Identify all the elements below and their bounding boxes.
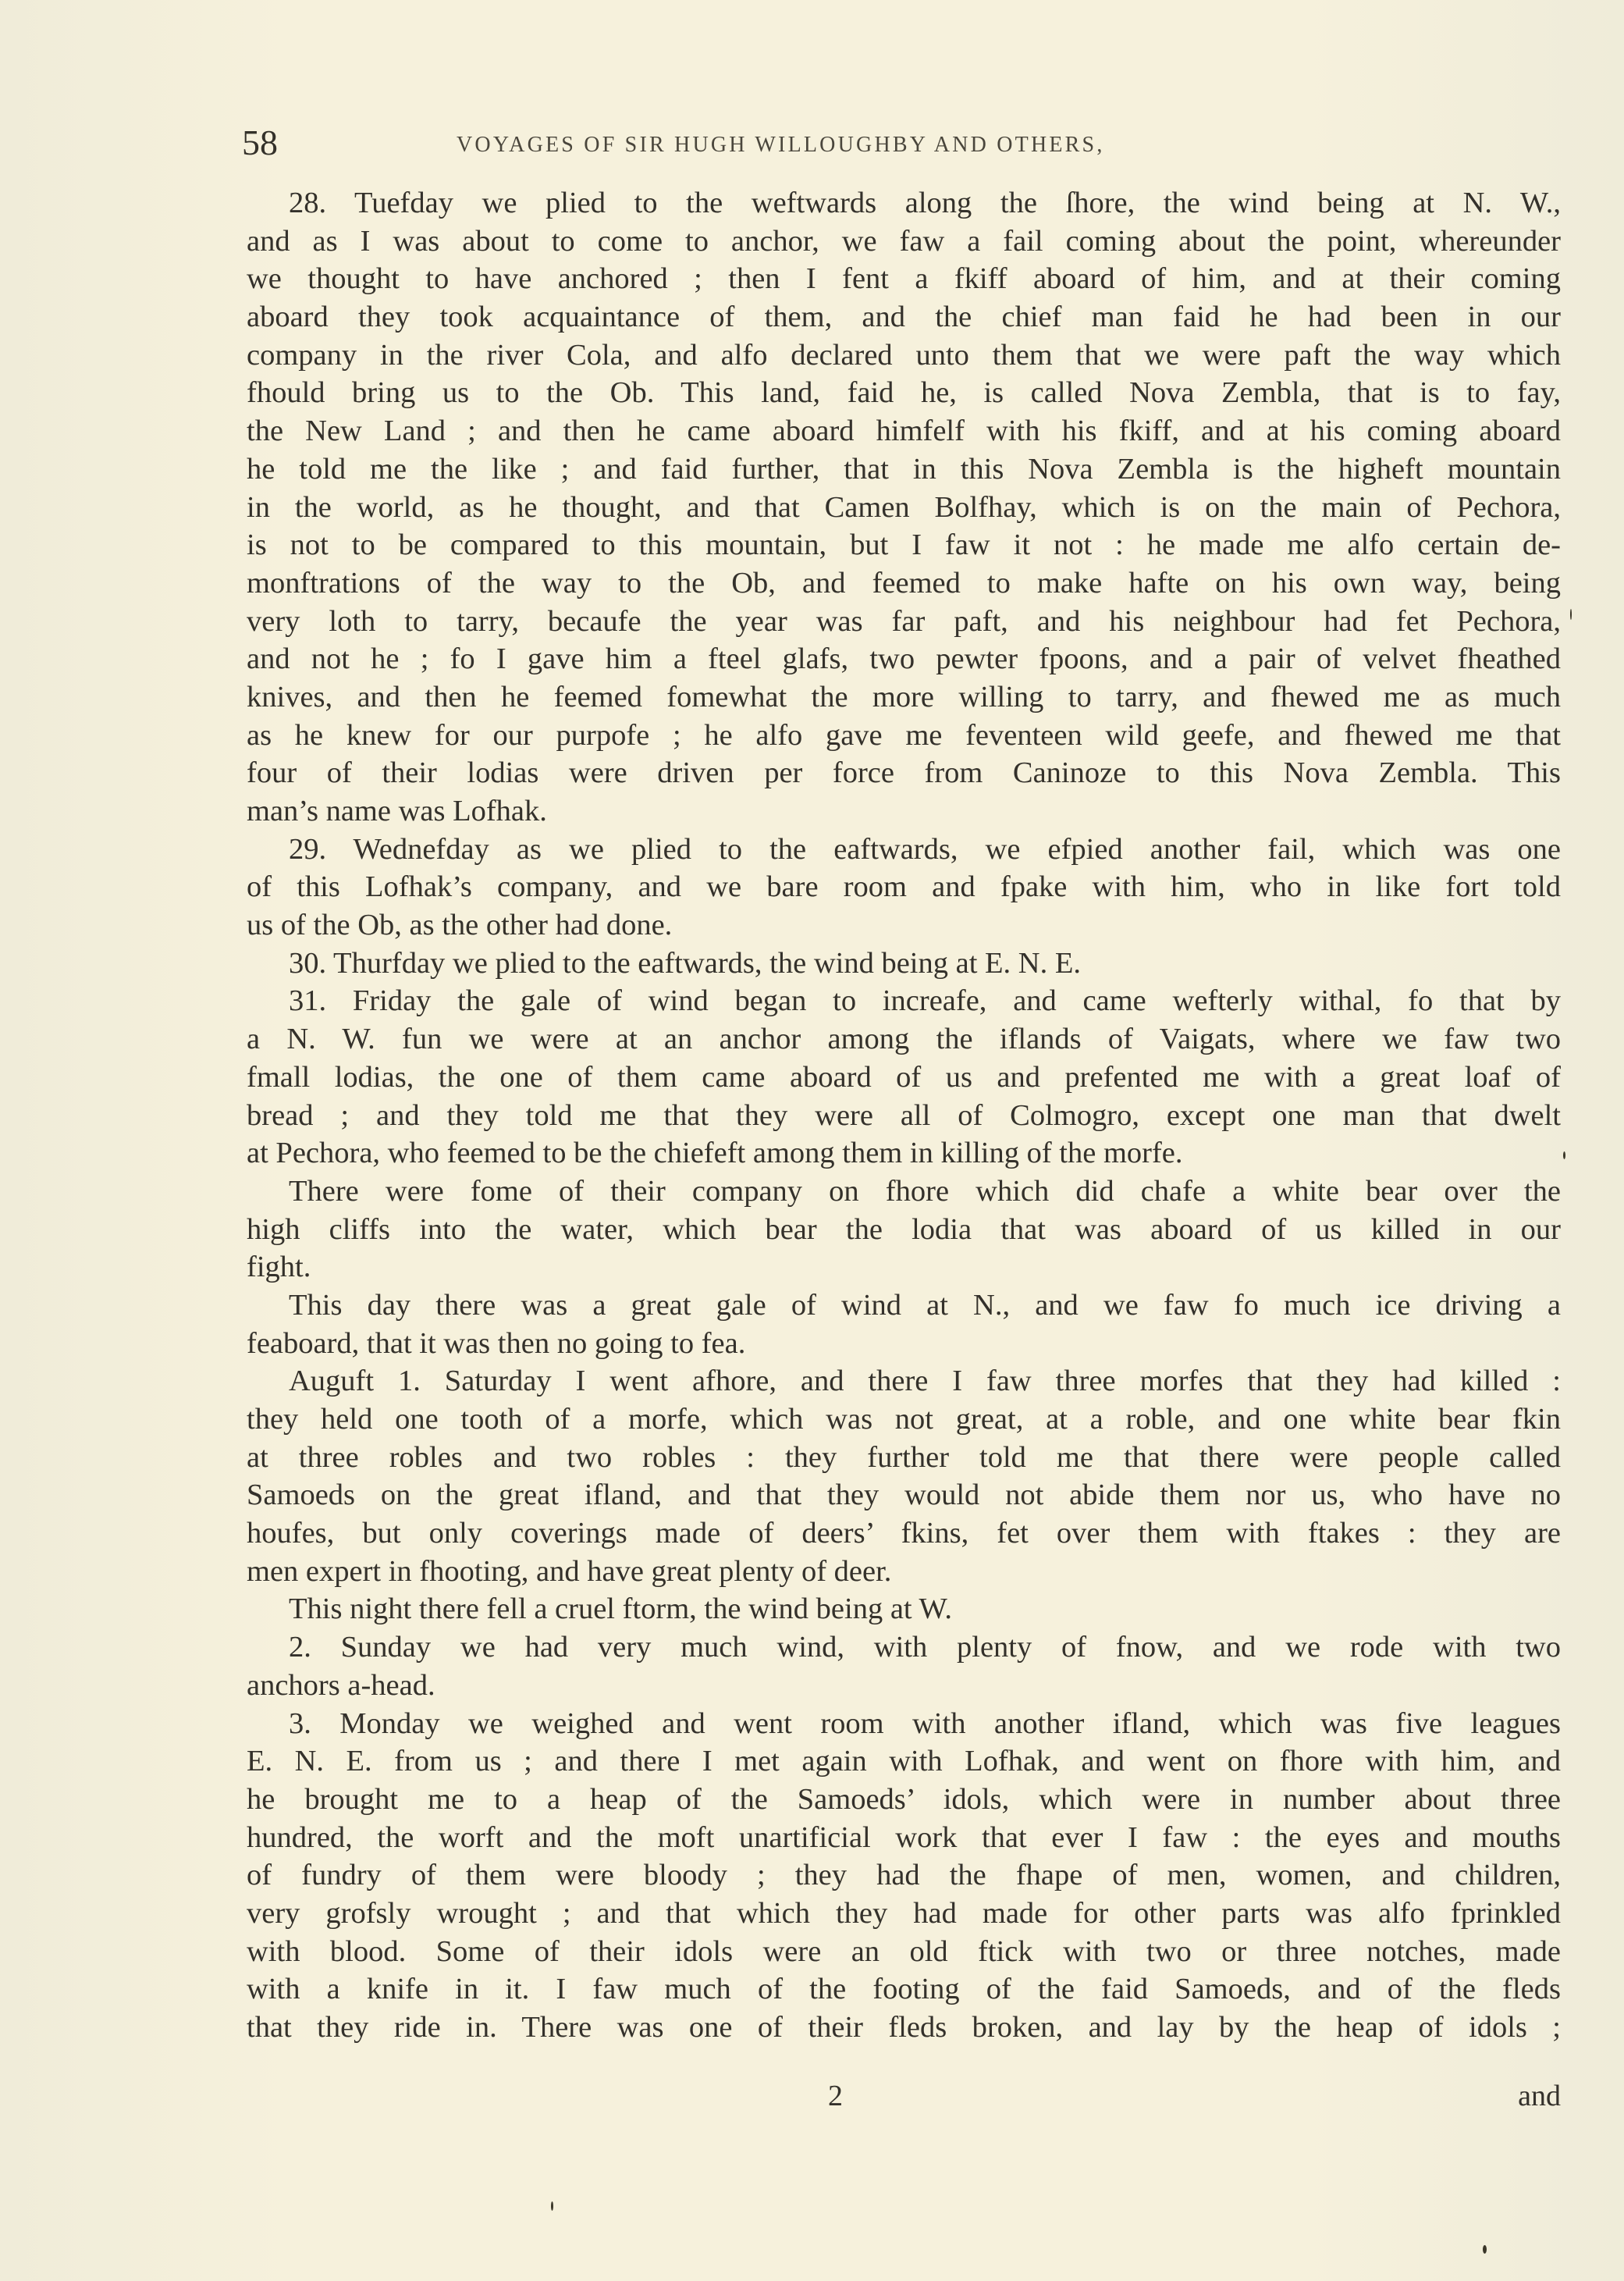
text-line: 29. Wednefday as we plied to the eaftwar… xyxy=(247,831,1561,869)
text-line: man’s name was Lofhak. xyxy=(247,792,1561,831)
text-line: 31. Friday the gale of wind began to inc… xyxy=(247,982,1561,1020)
text-line: with a knife in it. I faw much of the fo… xyxy=(247,1970,1561,2009)
text-line: 3. Monday we weighed and went room with … xyxy=(247,1705,1561,1743)
page-footer: 2 and xyxy=(247,2076,1561,2116)
running-title: VOYAGES OF SIR HUGH WILLOUGHBY AND OTHER… xyxy=(457,130,1105,161)
text-line: very grofsly wrought ; and that which th… xyxy=(247,1895,1561,1933)
text-line: we thought to have anchored ; then I fen… xyxy=(247,260,1561,298)
text-line: 28. Tuefday we plied to the weftwards al… xyxy=(247,184,1561,222)
signature-mark: 2 xyxy=(828,2076,843,2116)
text-line: This night there fell a cruel ftorm, the… xyxy=(247,1590,1561,1628)
text-line: and not he ; fo I gave him a fteel glafs… xyxy=(247,640,1561,678)
text-line: company in the river Cola, and alfo decl… xyxy=(247,336,1561,375)
text-line: fhould bring us to the Ob. This land, fa… xyxy=(247,374,1561,412)
text-line: at three robles and two robles : they fu… xyxy=(247,1439,1561,1477)
text-line: at Pechora, who feemed to be the chiefef… xyxy=(247,1134,1561,1173)
text-line: the New Land ; and then he came aboard h… xyxy=(247,412,1561,450)
text-line: Auguft 1. Saturday I went afhore, and th… xyxy=(247,1362,1561,1400)
body-text: 28. Tuefday we plied to the weftwards al… xyxy=(247,184,1561,2047)
text-line: he told me the like ; and faid further, … xyxy=(247,450,1561,489)
text-line: he brought me to a heap of the Samoeds’ … xyxy=(247,1781,1561,1819)
text-line: houfes, but only coverings made of deers… xyxy=(247,1514,1561,1553)
book-page: 58 VOYAGES OF SIR HUGH WILLOUGHBY AND OT… xyxy=(0,0,1624,2281)
text-line: fight. xyxy=(247,1248,1561,1286)
text-line: knives, and then he feemed fomewhat the … xyxy=(247,678,1561,717)
text-line: that they ride in. There was one of thei… xyxy=(247,2009,1561,2047)
text-line: and as I was about to come to anchor, we… xyxy=(247,222,1561,261)
text-line: they held one tooth of a morfe, which wa… xyxy=(247,1400,1561,1439)
text-line: as he knew for our purpofe ; he alfo gav… xyxy=(247,717,1561,755)
text-line: us of the Ob, as the other had done. xyxy=(247,906,1561,945)
text-line: four of their lodias were driven per for… xyxy=(247,754,1561,792)
scan-speck xyxy=(1563,1151,1565,1159)
text-line: with blood. Some of their idols were an … xyxy=(247,1933,1561,1971)
text-line: in the world, as he thought, and that Ca… xyxy=(247,489,1561,527)
text-line: is not to be compared to this mountain, … xyxy=(247,526,1561,564)
text-line: anchors a-head. xyxy=(247,1667,1561,1705)
running-head: 58 VOYAGES OF SIR HUGH WILLOUGHBY AND OT… xyxy=(242,123,1561,162)
text-line: hundred, the worft and the moft unartifi… xyxy=(247,1819,1561,1857)
text-line: very loth to tarry, becaufe the year was… xyxy=(247,603,1561,641)
scan-speck xyxy=(1483,2245,1487,2254)
text-line: bread ; and they told me that they were … xyxy=(247,1097,1561,1135)
scan-speck xyxy=(551,2201,553,2211)
text-line: monftrations of the way to the Ob, and f… xyxy=(247,564,1561,603)
text-line: feaboard, that it was then no going to f… xyxy=(247,1325,1561,1363)
text-line: There were fome of their company on fhor… xyxy=(247,1173,1561,1211)
text-line: a N. W. fun we were at an anchor among t… xyxy=(247,1020,1561,1059)
catchword: and xyxy=(1518,2076,1561,2116)
text-line: fmall lodias, the one of them came aboar… xyxy=(247,1059,1561,1097)
text-line: high cliffs into the water, which bear t… xyxy=(247,1211,1561,1249)
text-line: 2. Sunday we had very much wind, with pl… xyxy=(247,1628,1561,1667)
text-line: of this Lofhak’s company, and we bare ro… xyxy=(247,868,1561,906)
text-line: of fundry of them were bloody ; they had… xyxy=(247,1856,1561,1895)
text-line: men expert in fhooting, and have great p… xyxy=(247,1553,1561,1591)
scan-speck xyxy=(1570,609,1572,620)
text-line: This day there was a great gale of wind … xyxy=(247,1286,1561,1325)
text-line: Samoeds on the great ifland, and that th… xyxy=(247,1476,1561,1514)
page-number: 58 xyxy=(242,123,278,162)
text-line: aboard they took acquaintance of them, a… xyxy=(247,298,1561,336)
text-line: 30. Thurfday we plied to the eaftwards, … xyxy=(247,945,1561,983)
text-line: E. N. E. from us ; and there I met again… xyxy=(247,1742,1561,1781)
